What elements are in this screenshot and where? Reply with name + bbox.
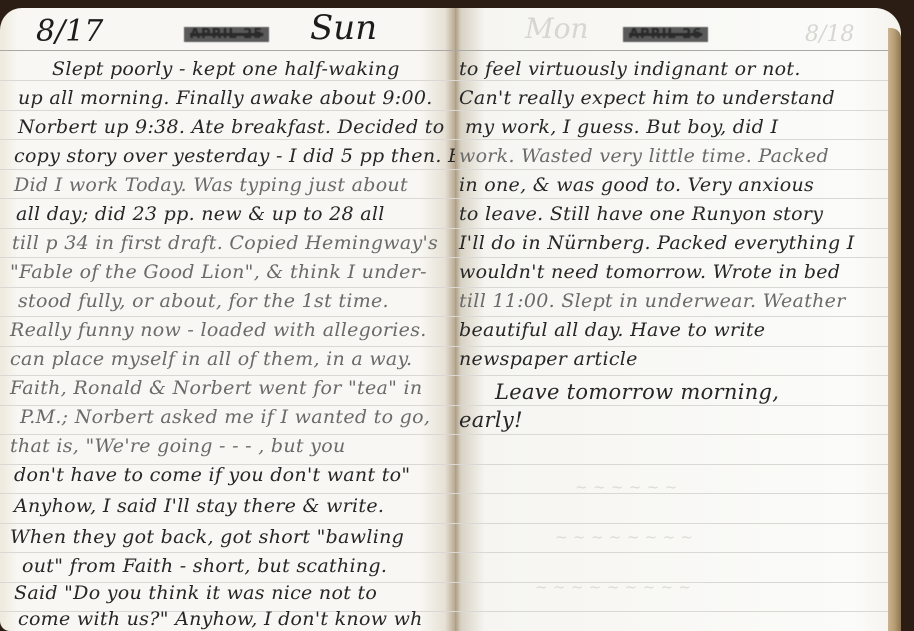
ruled-line [455,464,901,465]
ruled-line [455,316,901,317]
diary-line: P.M.; Norbert asked me if I wanted to go… [20,406,430,428]
ruled-line [455,346,901,347]
diary-line: "Fable of the Good Lion", & think I unde… [10,261,427,283]
ruled-line [0,228,455,229]
ruled-line [455,611,901,612]
diary-line: Can't really expect him to understand [459,87,835,109]
diary-spread: 8/17 APRIL 25 Sun Slept poorly - kept on… [0,0,914,631]
header-rule [455,50,901,51]
diary-line: that is, "We're going - - - , but you [10,435,346,457]
ruled-line [455,228,901,229]
diary-line: up all morning. Finally awake about 9:00… [18,87,433,109]
diary-line: stood fully, or about, for the 1st time. [18,290,389,312]
ruled-line [0,493,455,494]
diary-line: can place myself in all of them, in a wa… [10,348,412,370]
diary-line: till 11:00. Slept in underwear. Weather [459,290,846,312]
diary-line: Said "Do you think it was nice not to [14,582,377,604]
diary-line: Did I work Today. Was typing just about [14,174,408,196]
ruled-line [0,80,455,81]
page-edge [888,28,901,631]
ruled-line [455,139,901,140]
ruled-line [0,523,455,524]
diary-line: copy story over yesterday - I did 5 pp t… [14,145,455,167]
ruled-line [455,375,901,376]
diary-line: all day; did 23 pp. new & up to 28 all [16,203,385,225]
ruled-line [455,257,901,258]
ruled-line [0,375,455,376]
diary-line: I'll do in Nürnberg. Packed everything I [459,232,855,254]
diary-line: out" from Faith - short, but scathing. [22,555,387,577]
ruled-line [0,316,455,317]
ghost-date-bleedthrough: 8/18 [805,22,854,47]
diary-line: When they got back, got short "bawling [10,526,404,548]
diary-line: Really funny now - loaded with allegorie… [10,319,427,341]
header-rule [0,50,455,51]
ruled-line [0,139,455,140]
diary-line: my work, I guess. But boy, did I [465,116,778,138]
diary-line: work. Wasted very little time. Packed [459,145,829,167]
entry-date: 8/17 [36,14,103,49]
diary-line: don't have to come if you don't want to" [14,464,410,486]
diary-line: Faith, Ronald & Norbert went for "tea" i… [10,377,422,399]
diary-line: beautiful all day. Have to write [459,319,765,341]
ruled-line [455,523,901,524]
diary-line: Anyhow, I said I'll stay there & write. [14,495,384,517]
ruled-line [0,287,455,288]
ghost-line: ~ ~ ~ ~ ~ ~ ~ ~ [555,528,693,546]
diary-line: early! [459,408,523,432]
printed-date-stamp-crossed: APRIL 25 [184,27,269,42]
diary-line: in one, & was good to. Very anxious [459,174,814,196]
ghost-line: ~ ~ ~ ~ ~ ~ ~ ~ ~ [535,578,691,596]
ruled-line [455,552,901,553]
ghost-weekday-bleedthrough: Mon [525,12,589,45]
ruled-line [455,493,901,494]
diary-line: Norbert up 9:38. Ate breakfast. Decided … [18,116,444,138]
diary-line: to feel virtuously indignant or not. [459,58,801,80]
diary-line: Leave tomorrow morning, [495,380,779,404]
diary-line: come with us?" Anyhow, I don't know wh [18,608,423,630]
ruled-line [0,169,455,170]
left-page: 8/17 APRIL 25 Sun Slept poorly - kept on… [0,8,455,631]
ruled-line [0,198,455,199]
ruled-line [0,110,455,111]
diary-line: Slept poorly - kept one half-waking [52,58,400,80]
diary-line: newspaper article [459,348,638,370]
diary-line: to leave. Still have one Runyon story [459,203,823,225]
ruled-line [0,346,455,347]
printed-date-stamp-crossed: APRIL 26 [623,27,708,42]
ruled-line [455,287,901,288]
ruled-line [455,110,901,111]
ruled-line [455,198,901,199]
ruled-line [455,405,901,406]
ghost-line: ~ ~ ~ ~ ~ ~ [575,478,678,496]
ruled-line [455,434,901,435]
right-page: Mon APRIL 26 8/18 to feel virtuously ind… [455,8,901,631]
ruled-line [455,169,901,170]
ruled-line [455,80,901,81]
diary-line: till p 34 in first draft. Copied Hemingw… [12,232,438,254]
ruled-line [0,552,455,553]
diary-line: wouldn't need tomorrow. Wrote in bed [459,261,840,283]
ruled-line [0,257,455,258]
weekday: Sun [310,8,377,48]
